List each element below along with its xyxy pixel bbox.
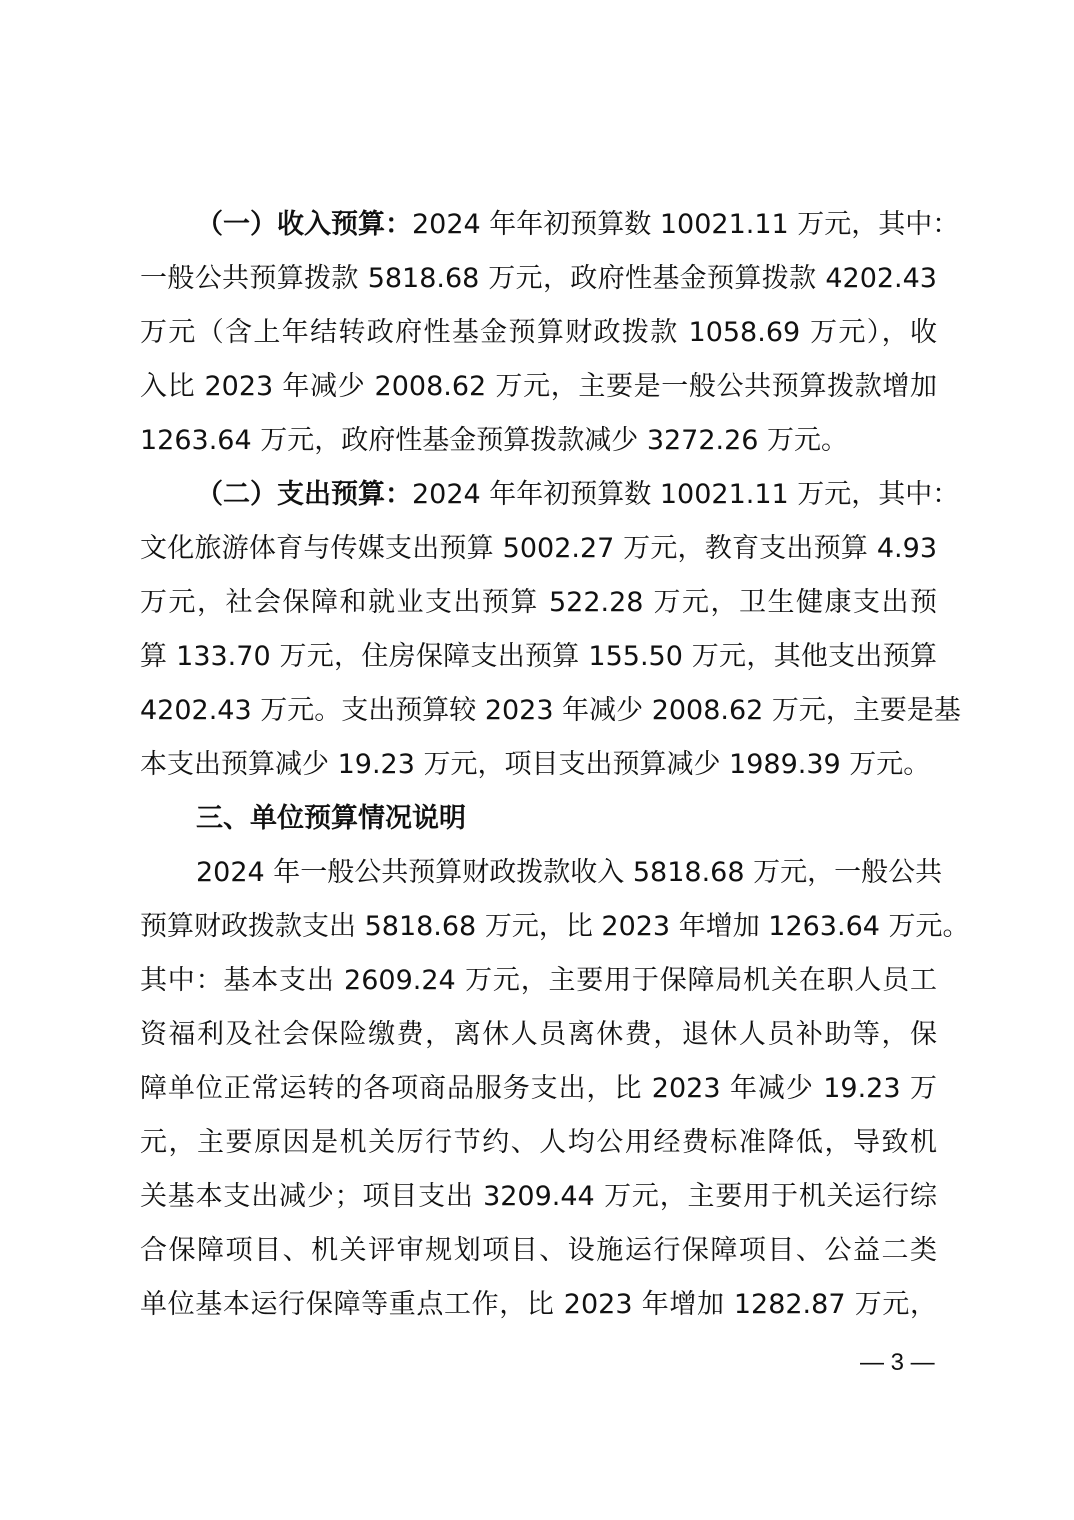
paragraph-line: （一）收入预算：2024 年年初预算数 10021.11 万元，其中： [140,198,937,252]
paragraph-line: 合保障项目、机关评审规划项目、设施运行保障项目、公益二类 [140,1224,937,1278]
document-page: （一）收入预算：2024 年年初预算数 10021.11 万元，其中： 一般公共… [140,198,937,1332]
paragraph-line: 1263.64 万元，政府性基金预算拨款减少 3272.26 万元。 [140,414,937,468]
unit-budget-section: 三、单位预算情况说明 2024 年一般公共预算财政拨款收入 5818.68 万元… [140,792,937,1332]
paragraph-line: 预算财政拨款支出 5818.68 万元，比 2023 年增加 1263.64 万… [140,900,937,954]
income-budget-section: （一）收入预算：2024 年年初预算数 10021.11 万元，其中： 一般公共… [140,198,937,468]
paragraph-line: 算 133.70 万元，住房保障支出预算 155.50 万元，其他支出预算 [140,630,937,684]
paragraph-line: 2024 年一般公共预算财政拨款收入 5818.68 万元，一般公共 [140,846,937,900]
paragraph-line: 万元，社会保障和就业支出预算 522.28 万元，卫生健康支出预 [140,576,937,630]
paragraph-line: 文化旅游体育与传媒支出预算 5002.27 万元，教育支出预算 4.93 [140,522,937,576]
paragraph-line: 元，主要原因是机关厉行节约、人均公用经费标准降低，导致机 [140,1116,937,1170]
paragraph-line: 入比 2023 年减少 2008.62 万元，主要是一般公共预算拨款增加 [140,360,937,414]
paragraph-line: 资福利及社会保险缴费，离休人员离休费，退休人员补助等，保 [140,1008,937,1062]
paragraph-line: 一般公共预算拨款 5818.68 万元，政府性基金预算拨款 4202.43 [140,252,937,306]
section-label: （一）收入预算： [196,209,412,240]
page-number: — 3 — [860,1348,935,1378]
paragraph-line: 本支出预算减少 19.23 万元，项目支出预算减少 1989.39 万元。 [140,738,937,792]
section-label: （二）支出预算： [196,479,412,510]
paragraph-line: 万元（含上年结转政府性基金预算财政拨款 1058.69 万元），收 [140,306,937,360]
paragraph-line: 关基本支出减少；项目支出 3209.44 万元，主要用于机关运行综 [140,1170,937,1224]
section-heading: 三、单位预算情况说明 [140,792,937,846]
expense-budget-section: （二）支出预算：2024 年年初预算数 10021.11 万元，其中： 文化旅游… [140,468,937,792]
paragraph-line: 单位基本运行保障等重点工作，比 2023 年增加 1282.87 万元， [140,1278,937,1332]
paragraph-line: 4202.43 万元。支出预算较 2023 年减少 2008.62 万元，主要是… [140,684,937,738]
paragraph-line: 障单位正常运转的各项商品服务支出，比 2023 年减少 19.23 万 [140,1062,937,1116]
paragraph-line: 其中：基本支出 2609.24 万元，主要用于保障局机关在职人员工 [140,954,937,1008]
paragraph-line: （二）支出预算：2024 年年初预算数 10021.11 万元，其中： [140,468,937,522]
